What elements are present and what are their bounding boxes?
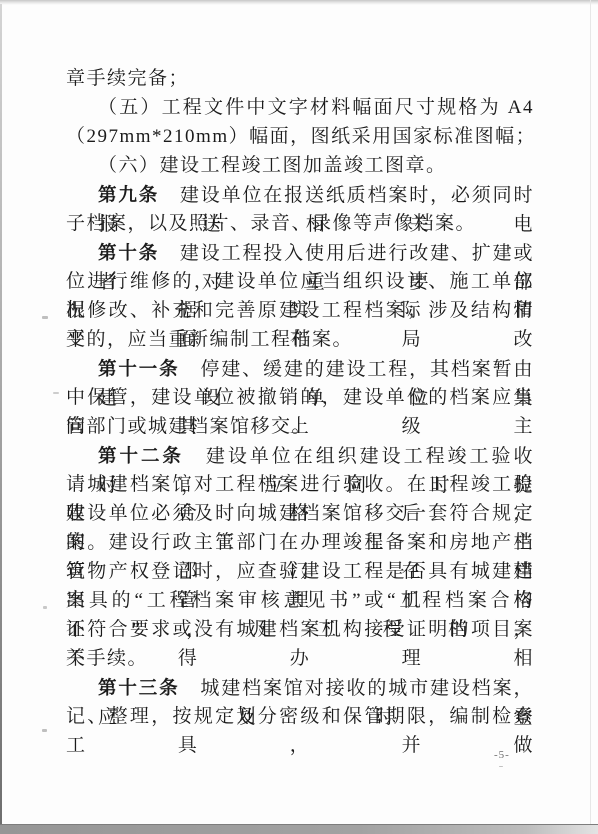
text-segment: 关手续。	[66, 648, 148, 669]
text-line: 第十三条 城建档案馆对接收的城市建设档案，应及时登	[66, 673, 534, 702]
text-line: 出具的“工程档案审核意见书”或“工程档案合格证”，凡工程档案	[66, 586, 534, 615]
text-line: 第十一条 停建、缓建的建设工程，其档案暂由建设单位集	[66, 354, 534, 383]
scan-artifact	[499, 766, 503, 767]
text-line: 第十二条 建设单位在组织建设工程竣工验收时，应同时提	[66, 441, 534, 470]
document-body-text: 章手续完备；（五）工程文件中文字材料幅面尺寸规格为 A4（297mm*210mm…	[66, 64, 534, 731]
text-line: 位进行维修的，建设单位应当组织设计、施工单位根据实际情	[66, 267, 534, 296]
text-segment: 变的，应当重新编制工程档案。	[66, 329, 353, 350]
scan-artifact	[42, 729, 47, 732]
text-line: 请城建档案馆对工程档案进行验收。在工程竣工验收合格后，	[66, 470, 534, 499]
text-line: 案。建设行政主管部门在办理竣工备案和房地产主管部门在建	[66, 528, 534, 557]
text-line: 第九条 建设单位在报送纸质档案时，必须同时报送相关电	[66, 180, 534, 209]
text-line: （297mm*210mm）幅面，图纸采用国家标准图幅；	[66, 122, 534, 151]
text-line: 章手续完备；	[66, 64, 534, 93]
text-segment: （297mm*210mm）幅面，图纸采用国家标准图幅；	[66, 126, 536, 147]
text-line: 不符合要求或没有城建档案机构接受证明的项目，不得办理相	[66, 615, 534, 644]
scan-edge-right	[590, 0, 591, 834]
text-segment: 管部门或城建档案馆移交。	[66, 416, 312, 437]
text-line: 记、整理，按规定划分密级和保管期限，编制检索工具，并做	[66, 702, 534, 731]
scan-artifact	[43, 606, 47, 609]
article-number: 第十三条	[98, 677, 180, 698]
text-segment: （六）建设工程竣工图加盖竣工图章。	[98, 155, 447, 176]
article-number: 第九条	[98, 184, 159, 205]
scan-edge-bottom	[0, 824, 598, 834]
text-segment: 记、整理，按规定划分密级和保管期限，编制检索工具，并做	[66, 706, 534, 756]
text-line: 筑物产权登记时，应查验建设工程是否具有城建档案管理机构	[66, 557, 534, 586]
text-line: 子档案，以及照片、录音、录像等声像档案。	[66, 209, 534, 238]
scanned-document-page: 章手续完备；（五）工程文件中文字材料幅面尺寸规格为 A4（297mm*210mm…	[0, 0, 598, 834]
text-line: 第十条 建设工程投入使用后进行改建、扩建或者对重要部	[66, 238, 534, 267]
text-line: 建设单位必须及时向城建档案馆移交一套符合规定的工程档	[66, 499, 534, 528]
scan-artifact	[53, 392, 59, 394]
page-number: -5-	[494, 749, 528, 761]
article-number: 第十二条	[98, 445, 184, 466]
text-line: （五）工程文件中文字材料幅面尺寸规格为 A4	[66, 93, 534, 122]
scan-edge-top	[0, 0, 598, 5]
text-segment: 章手续完备；	[66, 68, 189, 89]
article-number: 第十条	[98, 242, 159, 263]
scan-edge-left	[0, 4, 2, 826]
scan-artifact	[42, 316, 48, 319]
article-number: 第十一条	[98, 358, 180, 379]
text-line: 中保管，建设单位被撤销的，建设单位的档案应当向其上级主	[66, 383, 534, 412]
text-segment: 子档案，以及照片、录音、录像等声像档案。	[66, 213, 476, 234]
text-line: 况修改、补充和完善原建设工程档案；涉及结构和平面布局改	[66, 296, 534, 325]
text-segment: （五）工程文件中文字材料幅面尺寸规格为 A4	[98, 97, 534, 118]
text-line: （六）建设工程竣工图加盖竣工图章。	[66, 151, 534, 180]
